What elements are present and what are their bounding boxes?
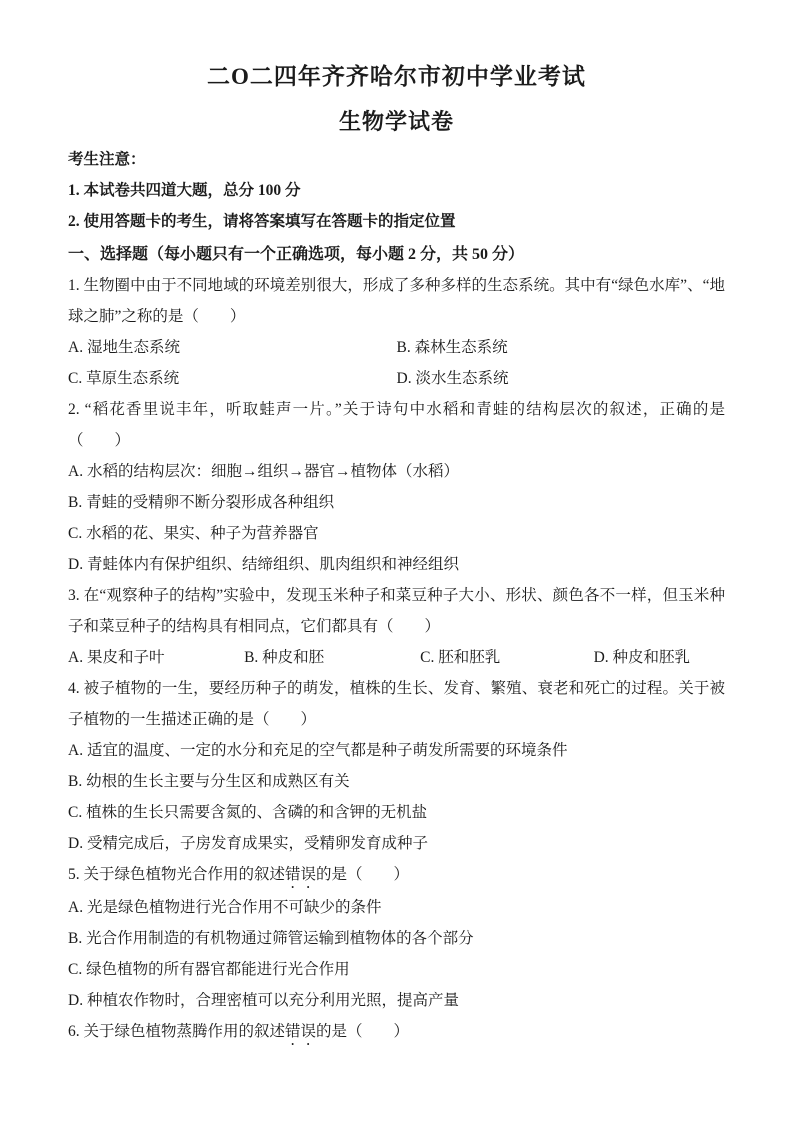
question-5-stem: 5. 关于绿色植物光合作用的叙述错误的是（ ） — [68, 859, 725, 892]
notice-item-1: 1. 本试卷共四道大题，总分 100 分 — [68, 175, 725, 206]
question-1-option-b: B. 森林生态系统 — [397, 332, 726, 363]
question-2-option-b: B. 青蛙的受精卵不断分裂形成各种组织 — [68, 487, 725, 518]
question-2: 2. “稻花香里说丰年，听取蛙声一片。”关于诗句中水稻和青蛙的结构层次的叙述，正… — [68, 394, 725, 580]
section-heading-choice: 一、选择题（每小题只有一个正确选项，每小题 2 分，共 50 分） — [68, 239, 725, 270]
question-2-stem: 2. “稻花香里说丰年，听取蛙声一片。”关于诗句中水稻和青蛙的结构层次的叙述，正… — [68, 394, 725, 456]
question-4: 4. 被子植物的一生，要经历种子的萌发，植株的生长、发育、繁殖、衰老和死亡的过程… — [68, 673, 725, 859]
question-6: 6. 关于绿色植物蒸腾作用的叙述错误的是（ ） — [68, 1016, 725, 1049]
question-5-options: A. 光是绿色植物进行光合作用不可缺少的条件 B. 光合作用制造的有机物通过筛管… — [68, 892, 725, 1016]
question-4-option-a: A. 适宜的温度、一定的水分和充足的空气都是种子萌发所需要的环境条件 — [68, 735, 725, 766]
question-6-stem-emphasis: 错误 — [285, 1023, 316, 1040]
question-4-option-d: D. 受精完成后，子房发育成果实，受精卵发育成种子 — [68, 828, 725, 859]
question-2-option-c: C. 水稻的花、果实、种子为营养器官 — [68, 518, 725, 549]
question-1-options: A. 湿地生态系统 B. 森林生态系统 C. 草原生态系统 D. 淡水生态系统 — [68, 332, 725, 394]
question-2-option-a: A. 水稻的结构层次：细胞→组织→器官→植物体（水稻） — [68, 456, 725, 487]
exam-paper-page: 二O二四年齐齐哈尔市初中学业考试 生物学试卷 考生注意： 1. 本试卷共四道大题… — [0, 0, 793, 1122]
question-3-options: A. 果皮和子叶 B. 种皮和胚 C. 胚和胚乳 D. 种皮和胚乳 — [68, 642, 725, 673]
question-5-option-a: A. 光是绿色植物进行光合作用不可缺少的条件 — [68, 892, 725, 923]
question-3-option-a: A. 果皮和子叶 — [68, 642, 244, 673]
question-2-options: A. 水稻的结构层次：细胞→组织→器官→植物体（水稻） B. 青蛙的受精卵不断分… — [68, 456, 725, 580]
question-4-stem: 4. 被子植物的一生，要经历种子的萌发，植株的生长、发育、繁殖、衰老和死亡的过程… — [68, 673, 725, 735]
notice-heading: 考生注意： — [68, 144, 725, 175]
question-6-stem-suffix: 的是（ ） — [316, 1023, 409, 1040]
question-3-option-d: D. 种皮和胚乳 — [594, 642, 725, 673]
question-4-options: A. 适宜的温度、一定的水分和充足的空气都是种子萌发所需要的环境条件 B. 幼根… — [68, 735, 725, 859]
question-3-option-b: B. 种皮和胚 — [244, 642, 420, 673]
question-6-stem-prefix: 6. 关于绿色植物蒸腾作用的叙述 — [68, 1023, 285, 1040]
question-5-option-c: C. 绿色植物的所有器官都能进行光合作用 — [68, 954, 725, 985]
question-5-stem-suffix: 的是（ ） — [316, 866, 409, 883]
question-1: 1. 生物圈中由于不同地域的环境差别很大，形成了多种多样的生态系统。其中有“绿色… — [68, 270, 725, 394]
question-6-stem: 6. 关于绿色植物蒸腾作用的叙述错误的是（ ） — [68, 1016, 725, 1049]
question-3: 3. 在“观察种子的结构”实验中，发现玉米种子和菜豆种子大小、形状、颜色各不一样… — [68, 580, 725, 673]
question-5-stem-prefix: 5. 关于绿色植物光合作用的叙述 — [68, 866, 285, 883]
question-1-option-c: C. 草原生态系统 — [68, 363, 397, 394]
question-4-option-c: C. 植株的生长只需要含氮的、含磷的和含钾的无机盐 — [68, 797, 725, 828]
notice-block: 考生注意： 1. 本试卷共四道大题，总分 100 分 2. 使用答题卡的考生，请… — [68, 144, 725, 237]
notice-item-2: 2. 使用答题卡的考生，请将答案填写在答题卡的指定位置 — [68, 206, 725, 237]
question-3-option-c: C. 胚和胚乳 — [420, 642, 593, 673]
question-2-option-d: D. 青蛙体内有保护组织、结缔组织、肌肉组织和神经组织 — [68, 549, 725, 580]
question-3-stem: 3. 在“观察种子的结构”实验中，发现玉米种子和菜豆种子大小、形状、颜色各不一样… — [68, 580, 725, 642]
question-1-stem: 1. 生物圈中由于不同地域的环境差别很大，形成了多种多样的生态系统。其中有“绿色… — [68, 270, 725, 332]
exam-title: 二O二四年齐齐哈尔市初中学业考试 — [68, 60, 725, 94]
question-5-option-b: B. 光合作用制造的有机物通过筛管运输到植物体的各个部分 — [68, 923, 725, 954]
question-4-option-b: B. 幼根的生长主要与分生区和成熟区有关 — [68, 766, 725, 797]
question-5: 5. 关于绿色植物光合作用的叙述错误的是（ ） A. 光是绿色植物进行光合作用不… — [68, 859, 725, 1016]
exam-subtitle: 生物学试卷 — [68, 106, 725, 138]
question-1-option-a: A. 湿地生态系统 — [68, 332, 397, 363]
question-5-stem-emphasis: 错误 — [285, 866, 316, 883]
question-5-option-d: D. 种植农作物时，合理密植可以充分利用光照，提高产量 — [68, 985, 725, 1016]
question-1-option-d: D. 淡水生态系统 — [397, 363, 726, 394]
